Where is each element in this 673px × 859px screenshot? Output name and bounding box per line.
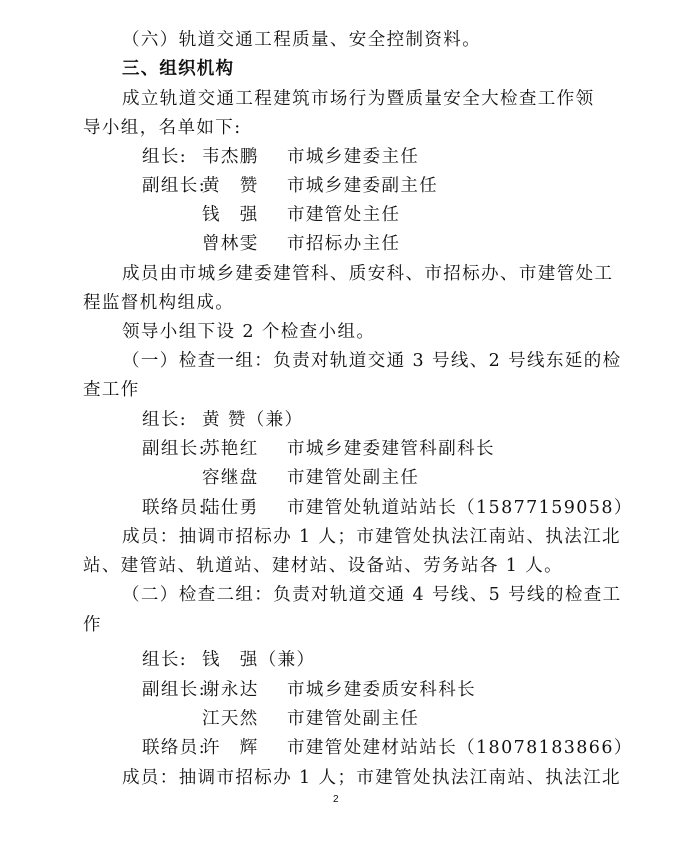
roster-role: 副组长: bbox=[142, 676, 206, 704]
roster-role: 组长: bbox=[142, 646, 187, 674]
roster-title: 市城乡建委建管科副科长 bbox=[287, 435, 495, 463]
roster-role: 联络员: bbox=[142, 494, 206, 522]
page-number: 2 bbox=[333, 794, 339, 805]
paragraph-members-line2: 程监督机构组成。 bbox=[83, 289, 234, 317]
roster-title: 市城乡建委主任 bbox=[287, 143, 419, 171]
group2-row-liaison: 联络员: 许 辉 市建管处建材站站长（18078183866） bbox=[0, 734, 673, 762]
roster-name: 曾林雯 bbox=[202, 230, 259, 258]
roster-title: 市建管处主任 bbox=[287, 201, 400, 229]
roster-name: 黄 赞（兼） bbox=[202, 406, 303, 434]
roster-name: 苏艳红 bbox=[202, 435, 259, 463]
group1-row-leader: 组长: 黄 赞（兼） bbox=[0, 406, 673, 434]
roster-row-leader: 组长: 韦杰鹏 市城乡建委主任 bbox=[0, 143, 673, 171]
roster-role: 联络员: bbox=[142, 734, 206, 762]
group1-row-liaison: 联络员: 陆仕勇 市建管处轨道站站长（15877159058） bbox=[0, 494, 673, 522]
group1-row-deputy: 容继盘 市建管处副主任 bbox=[0, 464, 673, 492]
roster-title: 市招标办主任 bbox=[287, 230, 400, 258]
roster-name: 钱 强（兼） bbox=[202, 646, 315, 674]
group1-members-line1: 成员：抽调市招标办 1 人；市建管处执法江南站、执法江北 bbox=[122, 523, 621, 551]
roster-name: 容继盘 bbox=[202, 464, 259, 492]
group2-heading-line2: 作 bbox=[83, 611, 102, 639]
roster-name: 许 辉 bbox=[202, 734, 259, 762]
document-page: （六）轨道交通工程质量、安全控制资料。 三、组织机构 成立轨道交通工程建筑市场行… bbox=[0, 0, 673, 859]
group2-members-line1: 成员：抽调市招标办 1 人；市建管处执法江南站、执法江北 bbox=[122, 764, 621, 792]
roster-role: 组长: bbox=[142, 406, 187, 434]
roster-name: 韦杰鹏 bbox=[202, 143, 259, 171]
group1-heading-line1: （一）检查一组：负责对轨道交通 3 号线、2 号线东延的检 bbox=[122, 347, 622, 375]
roster-row-deputy: 曾林雯 市招标办主任 bbox=[0, 230, 673, 258]
group2-row-leader: 组长: 钱 强（兼） bbox=[0, 646, 673, 674]
roster-title: 市建管处副主任 bbox=[287, 705, 419, 733]
roster-name: 谢永达 bbox=[202, 676, 259, 704]
group2-row-deputy: 副组长: 谢永达 市城乡建委质安科科长 bbox=[0, 676, 673, 704]
paragraph-subgroups: 领导小组下设 2 个检查小组。 bbox=[122, 318, 375, 346]
list-item-6: （六）轨道交通工程质量、安全控制资料。 bbox=[122, 26, 481, 54]
group2-heading-line1: （二）检查二组：负责对轨道交通 4 号线、5 号线的检查工 bbox=[122, 581, 622, 609]
roster-role: 副组长: bbox=[142, 172, 206, 200]
roster-name: 江天然 bbox=[202, 705, 259, 733]
roster-title: 市城乡建委质安科科长 bbox=[287, 676, 476, 704]
roster-title: 市城乡建委副主任 bbox=[287, 172, 438, 200]
roster-role: 副组长: bbox=[142, 435, 206, 463]
paragraph-establish-line1: 成立轨道交通工程建筑市场行为暨质量安全大检查工作领 bbox=[122, 85, 595, 113]
roster-name: 黄 赞 bbox=[202, 172, 259, 200]
roster-name: 钱 强 bbox=[202, 201, 259, 229]
roster-title: 市建管处副主任 bbox=[287, 464, 419, 492]
group1-members-line2: 站、建管站、轨道站、建材站、设备站、劳务站各 1 人。 bbox=[83, 552, 563, 580]
paragraph-establish-line2: 导小组，名单如下: bbox=[83, 114, 242, 142]
group2-row-deputy: 江天然 市建管处副主任 bbox=[0, 705, 673, 733]
paragraph-members-line1: 成员由市城乡建委建管科、质安科、市招标办、市建管处工 bbox=[122, 260, 613, 288]
section-heading-organization: 三、组织机构 bbox=[122, 55, 234, 83]
roster-title: 市建管处轨道站站长（15877159058） bbox=[287, 494, 633, 522]
roster-row-deputy: 钱 强 市建管处主任 bbox=[0, 201, 673, 229]
roster-title: 市建管处建材站站长（18078183866） bbox=[287, 734, 633, 762]
group1-heading-line2: 查工作 bbox=[83, 376, 140, 404]
roster-role: 组长: bbox=[142, 143, 187, 171]
group1-row-deputy: 副组长: 苏艳红 市城乡建委建管科副科长 bbox=[0, 435, 673, 463]
roster-name: 陆仕勇 bbox=[202, 494, 259, 522]
roster-row-deputy: 副组长: 黄 赞 市城乡建委副主任 bbox=[0, 172, 673, 200]
